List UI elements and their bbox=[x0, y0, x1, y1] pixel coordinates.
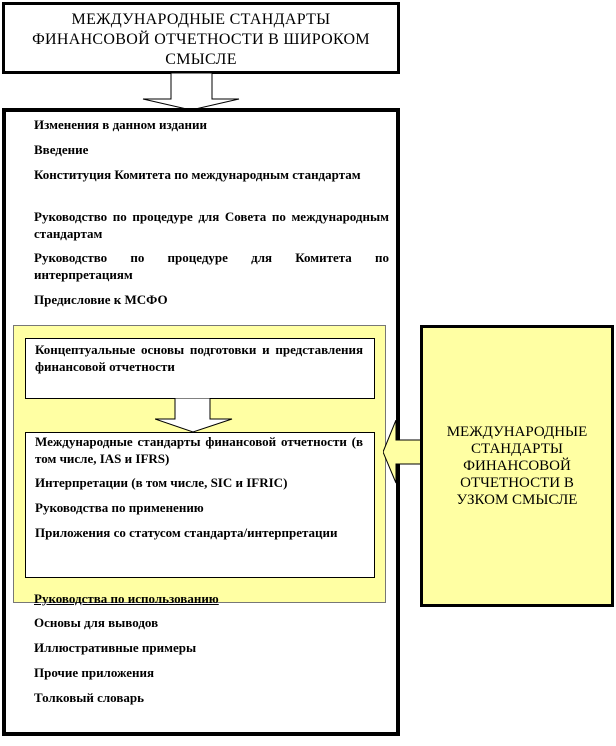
narrow-title-line-4: ОТЧЕТНОСТИ В bbox=[447, 475, 588, 492]
narrow-sense-ifrs-box: МЕЖДУНАРОДНЫЕ СТАНДАРТЫ ФИНАНСОВОЙ ОТЧЕТ… bbox=[420, 325, 614, 607]
list-item: Изменения в данном издании bbox=[34, 116, 389, 133]
list-item: Основы для выводов bbox=[34, 614, 389, 631]
broad-sense-ifrs-box: МЕЖДУНАРОДНЫЕ СТАНДАРТЫ ФИНАНСОВОЙ ОТЧЕТ… bbox=[2, 2, 400, 74]
narrow-title-line-3: ФИНАНСОВОЙ bbox=[447, 458, 588, 475]
broad-title-line-1: МЕЖДУНАРОДНЫЕ СТАНДАРТЫ bbox=[5, 10, 397, 30]
down-arrow-icon bbox=[140, 73, 240, 111]
list-item: Руководства по применению bbox=[35, 499, 363, 516]
broad-title-line-2: ФИНАНСОВОЙ ОТЧЕТНОСТИ В ШИРОКОМ bbox=[5, 30, 397, 50]
narrow-title-line-5: УЗКОМ СМЫСЛЕ bbox=[447, 492, 588, 509]
left-arrow-icon bbox=[383, 420, 425, 484]
list-item: Прочие приложения bbox=[34, 664, 389, 681]
list-item: Международные стандарты финансовой отчет… bbox=[35, 433, 363, 467]
list-item: Интерпретации (в том числе, SIC и IFRIC) bbox=[35, 474, 363, 491]
list-item: Иллюстративные примеры bbox=[34, 639, 389, 656]
list-item: Толковый словарь bbox=[34, 689, 389, 706]
list-item: Руководства по использованию bbox=[34, 590, 389, 607]
list-item: Введение bbox=[34, 141, 389, 158]
list-item: Конституция Комитета по международным ст… bbox=[34, 166, 389, 183]
down-arrow-icon bbox=[155, 398, 235, 434]
narrow-title-line-1: МЕЖДУНАРОДНЫЕ bbox=[447, 424, 588, 441]
conceptual-framework-text: Концептуальные основы подготовки и предс… bbox=[35, 341, 363, 375]
list-item: Руководство по процедуре для Совета по м… bbox=[34, 208, 389, 242]
list-item: Предисловие к МСФО bbox=[34, 291, 389, 308]
list-item: Руководство по процедуре для Комитета по… bbox=[34, 249, 389, 283]
broad-title-line-3: СМЫСЛЕ bbox=[5, 50, 397, 70]
narrow-title-line-2: СТАНДАРТЫ bbox=[447, 441, 588, 458]
list-item: Приложения со статусом стандарта/интерпр… bbox=[35, 524, 363, 541]
